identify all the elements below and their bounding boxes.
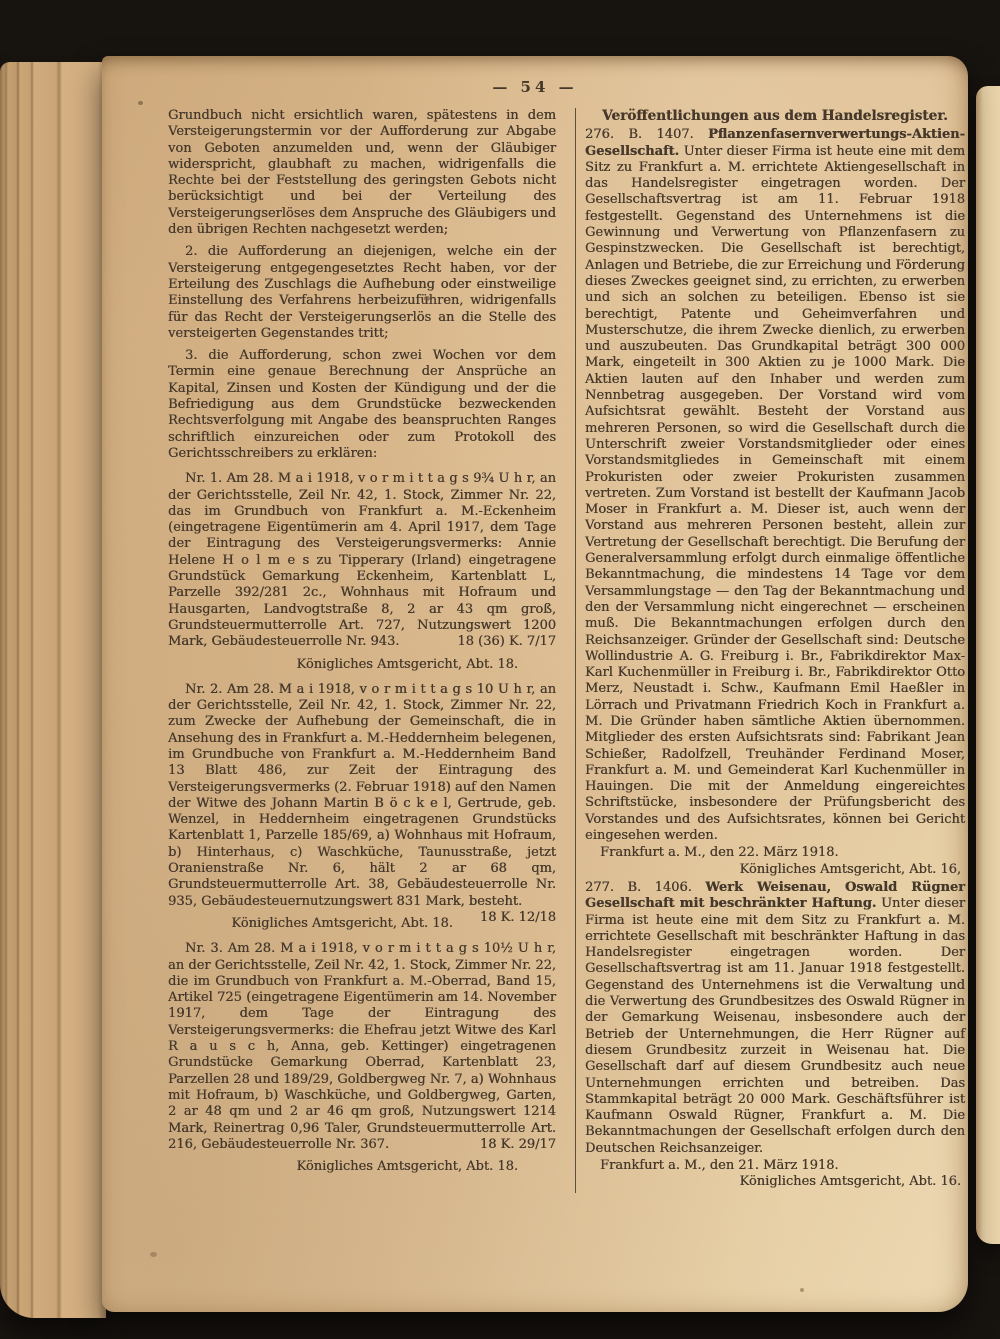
court-signature: Königliches Amtsgericht, Abt. 16. [585,1174,965,1190]
case-reference: 18 (36) K. 7/17 [440,634,556,650]
notice-text: Nr. 2. Am 28. M a i 1918, v o r m i t t … [168,682,556,909]
auction-notice-2: Nr. 2. Am 28. M a i 1918, v o r m i t t … [168,682,556,910]
register-entry-276: 276. B. 1407. Pflanzenfasernverwertungs-… [585,127,965,844]
clause-3-paragraph: 3. die Aufforderung, schon zwei Wochen v… [168,348,556,462]
dateline: Frankfurt a. M., den 22. März 1918. [585,845,965,861]
dateline: Frankfurt a. M., den 21. März 1918. [585,1158,965,1174]
auction-notice-3: Nr. 3. Am 28. M a i 1918, v o r m i t t … [168,941,556,1153]
right-column: Veröffentlichungen aus dem Handelsregist… [576,108,965,1193]
paper-speck [424,296,430,301]
entry-body: Unter dieser Firma ist heute eine mit de… [585,896,965,1155]
clause-2-paragraph: 2. die Aufforderung an diejenigen, welch… [168,244,556,342]
entry-body: Unter dieser Firma ist heute eine mit de… [585,144,965,843]
page-number: — 54 — [102,78,968,96]
section-header: Veröffentlichungen aus dem Handelsregist… [585,108,965,124]
paper-speck [138,101,143,105]
case-reference: 18 K. 29/17 [463,1137,556,1153]
entry-number: 276. B. 1407. [585,127,694,142]
left-column: Grundbuch nicht ersichtlich waren, späte… [168,108,576,1193]
paper-speck [150,1252,157,1257]
register-entry-277: 277. B. 1406. Werk Weisenau, Oswald Rügn… [585,880,965,1157]
gazette-page: — 54 — Grundbuch nicht ersichtlich waren… [102,56,968,1312]
court-signature: Königliches Amtsgericht, Abt. 18. [168,657,556,673]
book-page-edges [0,62,106,1318]
next-page-edge [976,86,1000,1244]
court-signature: Königliches Amtsgericht, Abt. 16, [585,862,965,878]
page-content: Grundbuch nicht ersichtlich waren, späte… [168,108,965,1193]
continuation-paragraph: Grundbuch nicht ersichtlich waren, späte… [168,108,556,238]
court-signature: Königliches Amtsgericht, Abt. 18. [168,1159,556,1175]
notice-text: Nr. 1. Am 28. M a i 1918, v o r m i t t … [168,471,556,649]
case-reference: 18 K. 12/18 [463,910,556,926]
entry-number: 277. B. 1406. [585,880,692,895]
notice-text: Nr. 3. Am 28. M a i 1918, v o r m i t t … [168,941,556,1152]
paper-speck [800,1288,804,1292]
auction-notice-1: Nr. 1. Am 28. M a i 1918, v o r m i t t … [168,471,556,650]
